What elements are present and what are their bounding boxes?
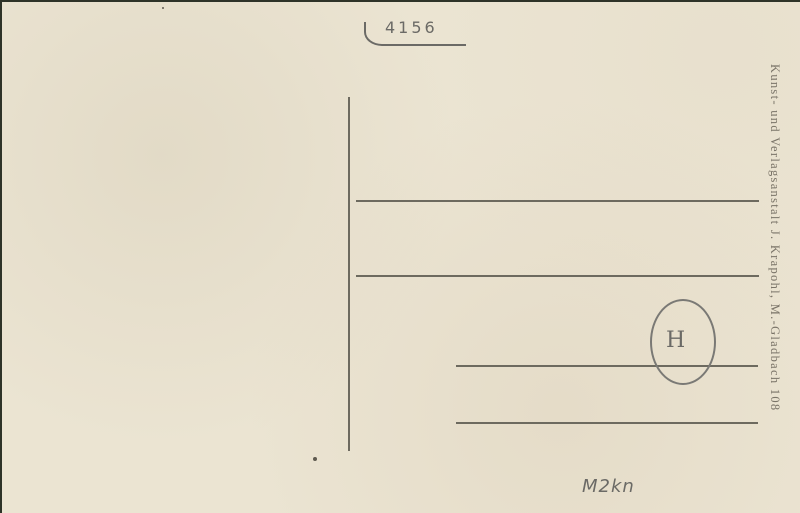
publisher-imprint: Kunst- und Verlagsanstalt J. Krapohl, M.… — [767, 64, 782, 411]
message-address-divider — [348, 97, 350, 451]
circled-letter: H — [666, 328, 685, 353]
postcard-back: Kunst- und Verlagsanstalt J. Krapohl, M.… — [2, 2, 800, 513]
handwritten-bottom-note: M2kn — [582, 476, 635, 497]
address-line-3 — [456, 365, 758, 367]
paper-speck — [313, 457, 317, 461]
paper-speck — [162, 7, 164, 9]
address-line-1 — [356, 200, 759, 202]
address-line-4 — [456, 422, 758, 424]
handwritten-number: 4156 — [385, 18, 438, 37]
address-line-2 — [356, 275, 759, 277]
